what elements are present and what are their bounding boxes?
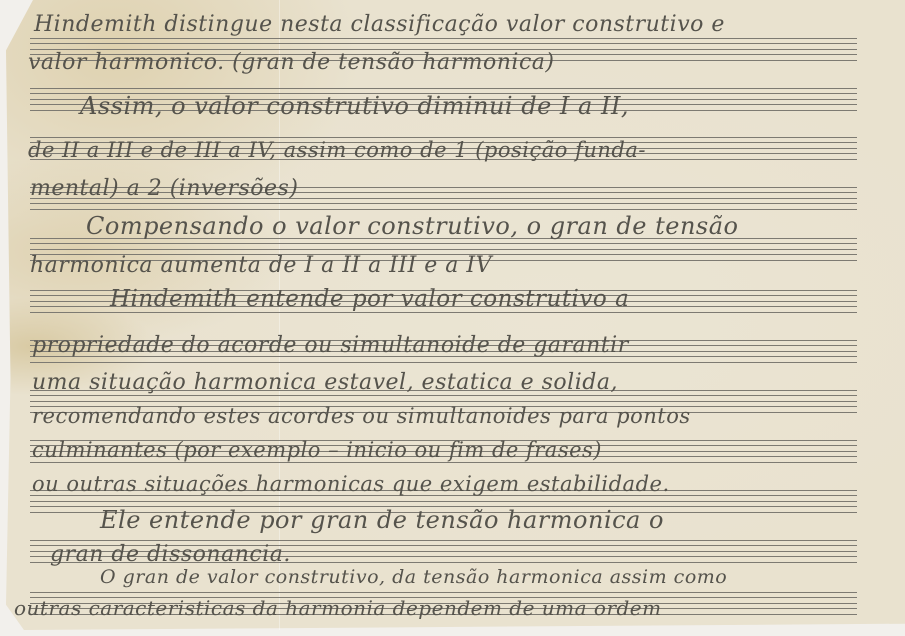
- handwritten-line: propriedade do acorde ou simultanoide de…: [32, 335, 629, 357]
- handwritten-line: outras caracteristicas da harmonia depen…: [14, 598, 662, 618]
- handwritten-line: culminantes (por exemplo – inicio ou fim…: [32, 440, 602, 461]
- handwritten-line: Ele entende por gran de tensão harmonica…: [100, 508, 664, 532]
- handwritten-line: Compensando o valor construtivo, o gran …: [86, 214, 739, 238]
- handwritten-line: valor harmonico. (gran de tensão harmoni…: [28, 52, 554, 74]
- handwritten-line: mental) a 2 (inversões): [30, 178, 298, 200]
- handwritten-line: gran de dissonancia.: [50, 544, 291, 566]
- handwritten-line: recomendando estes acordes ou simultanoi…: [32, 406, 691, 427]
- handwritten-line: harmonica aumenta de I a II a III e a IV: [30, 255, 492, 277]
- handwritten-line: Assim, o valor construtivo diminui de I …: [80, 94, 629, 118]
- handwritten-line: ou outras situações harmonicas que exige…: [32, 474, 670, 495]
- handwritten-line: de II a III e de III a IV, assim como de…: [28, 140, 646, 161]
- handwritten-line: Hindemith entende por valor construtivo …: [110, 288, 629, 311]
- handwritten-line: uma situação harmonica estavel, estatica…: [32, 372, 618, 394]
- handwritten-line: O gran de valor construtivo, da tensão h…: [100, 568, 727, 587]
- handwritten-line: Hindemith distingue nesta classificação …: [34, 14, 725, 36]
